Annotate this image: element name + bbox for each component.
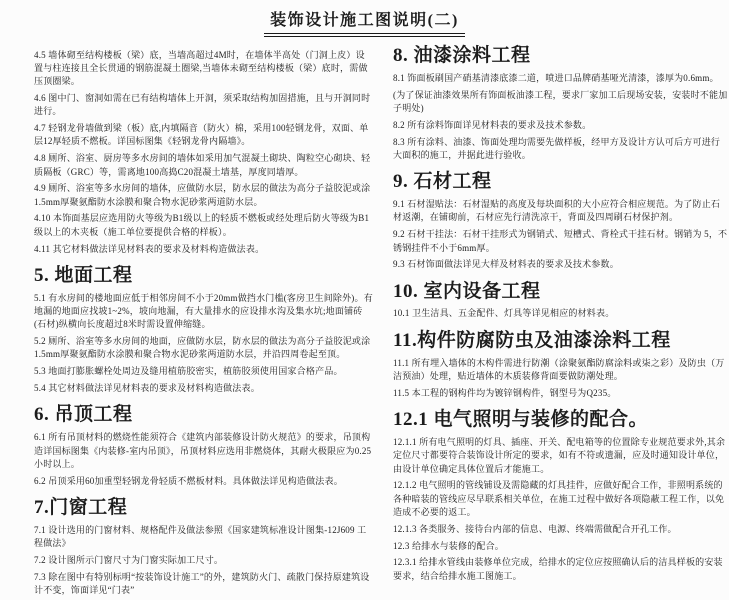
right-column: 8. 油漆涂料工程8.1 饰面板刷国产硝基清漆底漆二道，喷进口品牌硝基哑光清漆，… bbox=[393, 45, 729, 587]
spec-item: 10.1 卫生洁具、五金配件、灯具等详见相应的材料表。 bbox=[393, 307, 729, 320]
section-heading: 10. 室内设备工程 bbox=[393, 281, 729, 303]
spec-item: 4.5 墙体砌至结构楼板（梁）底，当墙高超过4M时，在墙体半高处（门洞上皮）设置… bbox=[34, 49, 373, 89]
spec-item: 5.1 有水房间的楼地面应低于相邻房间不小于20mm做挡水门槛(客房卫生间除外)… bbox=[34, 292, 373, 332]
spec-item: 9.1 石材湿贴法：石材湿贴的高度及每块面积的大小应符合相应规范。为了防止石材返… bbox=[393, 198, 729, 225]
spec-item: 8.1 饰面板刷国产硝基清漆底漆二道，喷进口品牌硝基哑光清漆，漆厚为0.6mm。 bbox=[393, 72, 729, 85]
section-heading: 6. 吊顶工程 bbox=[34, 404, 373, 426]
spec-item: 11.5 本工程的钢构件均为镀锌钢构件，钢型号为Q235。 bbox=[393, 387, 729, 400]
spec-item: 8.3 所有涂料、油漆、饰面处理均需要先做样板，经甲方及设计方认可后方可进行大面… bbox=[393, 136, 729, 163]
spec-item: 9.3 石材饰面做法详见大样及材料表的要求及技术参数。 bbox=[393, 258, 729, 271]
spec-item: 6.2 吊顶采用60加重型轻钢龙骨轻质不燃板材料。具体做法详见构造做法表。 bbox=[34, 475, 373, 488]
spec-item: 5.3 地面打膨胀螺栓处周边及缝用植筋胶密实，植筋胶须使用国家合格产品。 bbox=[34, 365, 373, 378]
page-title: 装饰设计施工图说明(二) bbox=[264, 7, 465, 37]
spec-item: 12.1.2 电气照明的管线铺设及需隐藏的灯具挂件，应做好配合工作，非照明系统的… bbox=[393, 479, 729, 519]
spec-item: 8.2 所有涂料饰面详见材料表的要求及技术参数。 bbox=[393, 119, 729, 132]
spec-item: 7.3 除在图中有特别标明“按装饰设计施工”的外，建筑防火门、疏散门保持原建筑设… bbox=[34, 571, 373, 598]
spec-item: 4.6 图中门、窗洞如需在已有结构墙体上开洞，须采取结构加固措施，且与开洞同时进… bbox=[34, 92, 373, 119]
section-heading: 5. 地面工程 bbox=[34, 265, 373, 287]
title-bar: 装饰设计施工图说明(二) bbox=[0, 0, 729, 37]
spec-item: 12.1.1 所有电气照明的灯具、插座、开关、配电箱等的位置除专业规范要求外,其… bbox=[393, 436, 729, 476]
spec-item: 7.1 设计选用的门窗材料、规格配件及做法参照《国家建筑标准设计图集-12J60… bbox=[34, 524, 373, 551]
spec-item: 4.11 其它材料做法详见材料表的要求及材料构造做法表。 bbox=[34, 243, 373, 256]
spec-item: 12.3 给排水与装修的配合。 bbox=[393, 540, 729, 553]
spec-item: 6.1 所有吊顶材料的燃烧性能须符合《建筑内部装修设计防火规范》的要求，吊顶构造… bbox=[34, 431, 373, 471]
spec-item: (为了保证油漆效果所有饰面板油漆工程，要求厂家加工后现场安装，安装时不能加子明处… bbox=[393, 89, 729, 116]
spec-item: 12.1.3 各类服务、接待台内部的信息、电源、终端需做配合开孔工作。 bbox=[393, 523, 729, 536]
left-column: 4.5 墙体砌至结构楼板（梁）底，当墙高超过4M时，在墙体半高处（门洞上皮）设置… bbox=[34, 45, 373, 600]
section-heading: 11.构件防腐防虫及油漆涂料工程 bbox=[393, 330, 729, 352]
spec-item: 11.1 所有埋入墙体的木构件需进行防潮（涂聚氨酯防腐涂料或柒之彩）及防虫（万洁… bbox=[393, 357, 729, 384]
spec-item: 4.9 厕所、浴室等多水房间的墙体，应做防水层，防水层的做法为高分子益胶泥或涂1… bbox=[34, 182, 373, 209]
spec-item: 12.3.1 给排水管线由装修单位完成，给排水的定位应按照确认后的洁具样板的安装… bbox=[393, 556, 729, 583]
section-heading: 9. 石材工程 bbox=[393, 171, 729, 193]
spec-item: 4.7 轻钢龙骨墙做到梁（板）底,内填隔音（防火）棉，采用100轻钢龙骨，双面、… bbox=[34, 122, 373, 149]
spec-item: 4.8 厕所、浴室、厨房等多水房间的墙体如采用加气混凝土砌块、陶粒空心砌块、轻质… bbox=[34, 152, 373, 179]
document-page: 装饰设计施工图说明(二) 4.5 墙体砌至结构楼板（梁）底，当墙高超过4M时，在… bbox=[0, 0, 729, 600]
section-heading: 7.门窗工程 bbox=[34, 497, 373, 519]
two-column-layout: 4.5 墙体砌至结构楼板（梁）底，当墙高超过4M时，在墙体半高处（门洞上皮）设置… bbox=[0, 37, 729, 600]
spec-item: 9.2 石材干挂法：石材干挂形式为钢销式、短槽式、背栓式干挂石材。钢销为 5，不… bbox=[393, 228, 729, 255]
spec-item: 5.4 其它材料做法详见材料表的要求及材料构造做法表。 bbox=[34, 382, 373, 395]
spec-item: 7.2 设计图所示门窗尺寸为门窗实际加工尺寸。 bbox=[34, 554, 373, 567]
spec-item: 4.10 本饰面基层应选用防火等级为B1级以上的轻质不燃板或经处理后防火等级为B… bbox=[34, 212, 373, 239]
section-heading: 8. 油漆涂料工程 bbox=[393, 45, 729, 67]
section-heading: 12.1 电气照明与装修的配合。 bbox=[393, 409, 729, 431]
spec-item: 5.2 厕所、浴室等多水房间的地面，应做防水层，防水层的做法为高分子益胶泥或涂1… bbox=[34, 335, 373, 362]
